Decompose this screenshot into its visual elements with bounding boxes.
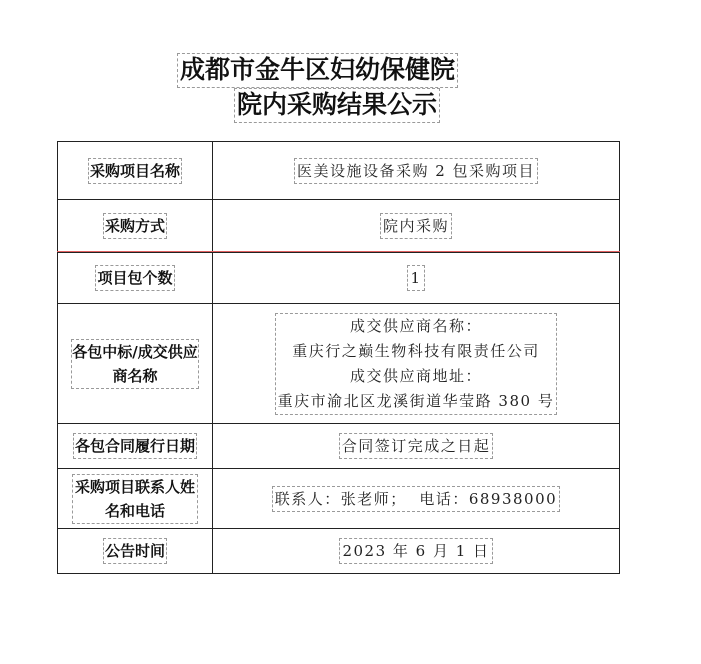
supplier-address: 重庆市渝北区龙溪街道华莹路 380 号 xyxy=(278,389,555,414)
procurement-method-label: 采购方式 xyxy=(103,213,167,239)
announcement-date-value: 2023 年 6 月 1 日 xyxy=(339,538,492,564)
procurement-method-value: 院内采购 xyxy=(380,213,452,239)
winning-supplier-label-line-2: 商名称 xyxy=(72,364,197,388)
winning-supplier-label-line-1: 各包中标/成交供应 xyxy=(72,340,197,364)
project-name-value: 医美设施设备采购 2 包采购项目 xyxy=(294,158,538,184)
red-rule-divider xyxy=(57,251,620,252)
value-cell: 医美设施设备采购 2 包采购项目 xyxy=(213,142,620,200)
value-cell: 院内采购 xyxy=(213,200,620,253)
contact-label: 采购项目联系人姓 名和电话 xyxy=(72,474,198,524)
table-row: 采购项目联系人姓 名和电话 联系人：张老师； 电话：68938000 xyxy=(58,469,620,529)
value-cell: 联系人：张老师； 电话：68938000 xyxy=(213,469,620,529)
table-row: 项目包个数 1 xyxy=(58,253,620,304)
value-cell: 2023 年 6 月 1 日 xyxy=(213,529,620,574)
contact-value: 联系人：张老师； 电话：68938000 xyxy=(272,486,560,512)
contract-period-value: 合同签订完成之日起 xyxy=(339,433,494,459)
label-cell: 采购项目名称 xyxy=(58,142,213,200)
contact-label-line-2: 名和电话 xyxy=(75,499,195,523)
contact-label-line-1: 采购项目联系人姓 xyxy=(75,475,195,499)
table-row: 各包合同履行日期 合同签订完成之日起 xyxy=(58,424,620,469)
document-title-line-2: 院内采购结果公示 xyxy=(234,88,440,123)
label-cell: 各包中标/成交供应 商名称 xyxy=(58,304,213,424)
value-cell: 1 xyxy=(213,253,620,304)
winning-supplier-value: 成交供应商名称： 重庆行之巅生物科技有限责任公司 成交供应商地址： 重庆市渝北区… xyxy=(275,313,558,415)
package-count-value: 1 xyxy=(407,265,424,291)
table-row: 各包中标/成交供应 商名称 成交供应商名称： 重庆行之巅生物科技有限责任公司 成… xyxy=(58,304,620,424)
announcement-date-label: 公告时间 xyxy=(103,538,167,564)
value-cell: 成交供应商名称： 重庆行之巅生物科技有限责任公司 成交供应商地址： 重庆市渝北区… xyxy=(213,304,620,424)
table-row: 公告时间 2023 年 6 月 1 日 xyxy=(58,529,620,574)
procurement-result-table: 采购项目名称 医美设施设备采购 2 包采购项目 采购方式 院内采购 项目包个数 … xyxy=(57,141,620,574)
package-count-label: 项目包个数 xyxy=(95,265,174,291)
supplier-name-heading: 成交供应商名称： xyxy=(278,314,555,339)
label-cell: 采购方式 xyxy=(58,200,213,253)
value-cell: 合同签订完成之日起 xyxy=(213,424,620,469)
label-cell: 各包合同履行日期 xyxy=(58,424,213,469)
table-row: 采购项目名称 医美设施设备采购 2 包采购项目 xyxy=(58,142,620,200)
label-cell: 采购项目联系人姓 名和电话 xyxy=(58,469,213,529)
project-name-label: 采购项目名称 xyxy=(88,158,182,184)
document-title-line-1: 成都市金牛区妇幼保健院 xyxy=(177,53,458,88)
supplier-name: 重庆行之巅生物科技有限责任公司 xyxy=(278,339,555,364)
contract-period-label: 各包合同履行日期 xyxy=(73,433,197,459)
supplier-address-heading: 成交供应商地址： xyxy=(278,364,555,389)
winning-supplier-label: 各包中标/成交供应 商名称 xyxy=(71,339,198,389)
label-cell: 项目包个数 xyxy=(58,253,213,304)
table-row: 采购方式 院内采购 xyxy=(58,200,620,253)
label-cell: 公告时间 xyxy=(58,529,213,574)
